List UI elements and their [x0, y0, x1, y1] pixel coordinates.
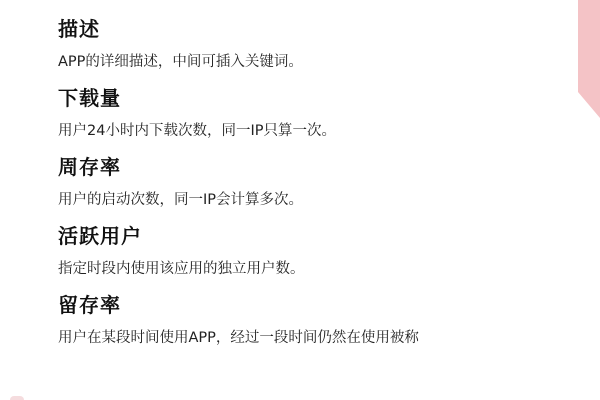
decorative-pink-corner	[10, 396, 24, 400]
glossary-section-description: 描述 APP的详细描述，中间可插入关键词。	[58, 16, 588, 72]
glossary-section-downloads: 下载量 用户24小时内下载次数，同一IP只算一次。	[58, 85, 588, 141]
term-heading: 周存率	[58, 154, 588, 180]
glossary-section-weekly-retention: 周存率 用户的启动次数，同一IP会计算多次。	[58, 154, 588, 210]
term-description: 指定时段内使用该应用的独立用户数。	[58, 259, 588, 279]
glossary-section-retention-rate: 留存率 用户在某段时间使用APP，经过一段时间仍然在使用被称	[58, 292, 588, 348]
glossary-content: 描述 APP的详细描述，中间可插入关键词。 下载量 用户24小时内下载次数，同一…	[58, 16, 588, 361]
glossary-section-active-users: 活跃用户 指定时段内使用该应用的独立用户数。	[58, 223, 588, 279]
term-description: 用户的启动次数，同一IP会计算多次。	[58, 190, 588, 210]
term-description: 用户24小时内下载次数，同一IP只算一次。	[58, 121, 588, 141]
term-heading: 留存率	[58, 292, 588, 318]
term-description: 用户在某段时间使用APP，经过一段时间仍然在使用被称	[58, 328, 588, 348]
term-heading: 描述	[58, 16, 588, 42]
document-page: 描述 APP的详细描述，中间可插入关键词。 下载量 用户24小时内下载次数，同一…	[0, 0, 600, 400]
term-description: APP的详细描述，中间可插入关键词。	[58, 52, 588, 72]
term-heading: 活跃用户	[58, 223, 588, 249]
term-heading: 下载量	[58, 85, 588, 111]
